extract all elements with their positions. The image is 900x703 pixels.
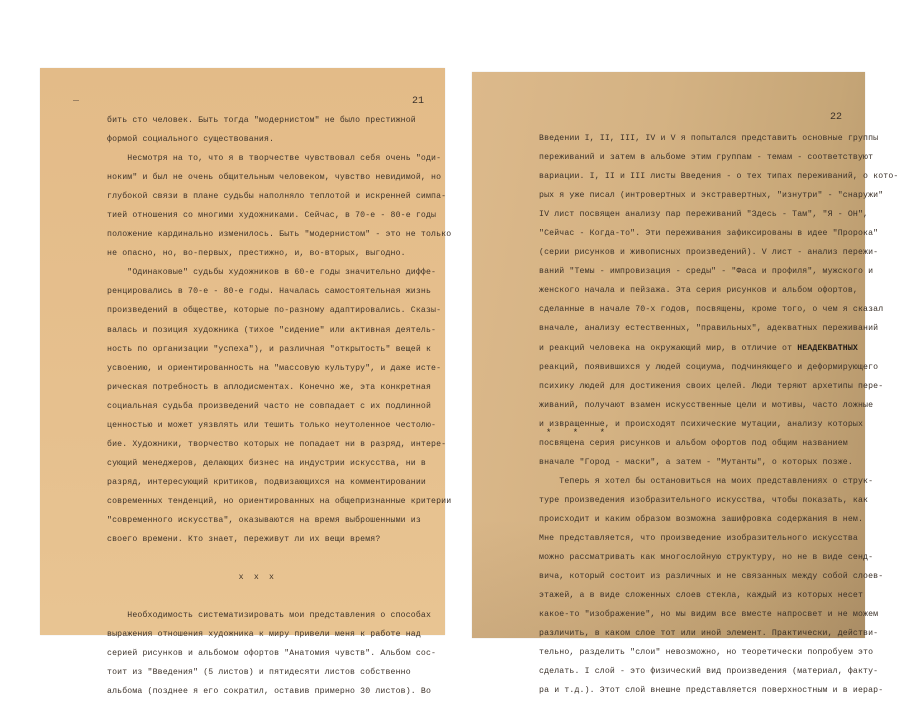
text-line: ноким" и был не очень общительным челове…	[107, 168, 451, 187]
text-line: вначале "Город - маски", а затем - "Мута…	[539, 453, 899, 472]
text-line: (серии рисунков и живописных произведени…	[539, 243, 899, 262]
text-line: ность по организации "успеха"), и различ…	[107, 340, 451, 359]
document-page-22: 22 * * * Введении I, II, III, IV и V я п…	[472, 72, 865, 638]
text-line: вначале, анализу естественных, "правильн…	[539, 319, 899, 338]
text-line: вича, который состоит из различных и не …	[539, 567, 899, 586]
text-line: разряд, интересующий критиков, подвизающ…	[107, 473, 451, 492]
text-line: сделанные в начале 70-х годов, посвящены…	[539, 300, 899, 319]
text-line: бить сто человек. Быть тогда "модернисто…	[107, 111, 451, 130]
text-line: сделать. I слой - это физический вид про…	[539, 662, 899, 681]
text-line: тией отношения со многими художниками. С…	[107, 206, 451, 225]
text-line: ра и т.д.). Этот слой внешне представляе…	[539, 681, 899, 700]
text-line: рическая потребность в аплодисментах. Ко…	[107, 378, 451, 397]
text-line: рых я уже писал (интровертных и экстраве…	[539, 186, 899, 205]
page-number: 21	[412, 96, 424, 107]
text-line: глубокой связи в плане судьбы наполняло …	[107, 187, 451, 206]
text-line: Введении I, II, III, IV и V я попытался …	[539, 129, 899, 148]
text-line: туре произведения изобразительного искус…	[539, 491, 899, 510]
text-line: женского начала и пейзажа. Эта серия рис…	[539, 281, 899, 300]
text-line: Необходимость систематизировать мои пред…	[107, 606, 451, 625]
text-line: тоит из "Введения" (5 листов) и пятидеся…	[107, 663, 451, 682]
text-line: реакций, появившихся у людей социума, по…	[539, 358, 899, 377]
text-line: IV лист посвящен анализу пар переживаний…	[539, 205, 899, 224]
text-line: посвящена серия рисунков и альбом офорто…	[539, 434, 899, 453]
text-line: своего времени. Кто знает, переживут ли …	[107, 530, 451, 549]
text-line: ваний "Темы - импровизация - среды" - "Ф…	[539, 262, 899, 281]
text-line: x x x	[107, 568, 451, 587]
text-line: вариации. I, II и III листы Введения - о…	[539, 167, 899, 186]
text-line: произведений в обществе, которые по-разн…	[107, 301, 451, 320]
text-line: тельно, разделить "слои" невозможно, но …	[539, 643, 899, 662]
text-line: "Одинаковые" судьбы художников в 60-е го…	[107, 263, 451, 282]
text-line: валась и позиция художника (тихое "сиден…	[107, 321, 451, 340]
document-page-21: 21 бить сто человек. Быть тогда "модерни…	[40, 68, 445, 635]
text-line: бие. Художники, творчество которых не по…	[107, 435, 451, 454]
text-line: происходит и каким образом возможна заши…	[539, 510, 899, 529]
text-line: ценностью и может уязвлять или тешить то…	[107, 416, 451, 435]
text-line	[107, 587, 451, 606]
text-line: выражения отношения художника к миру при…	[107, 625, 451, 644]
text-line: живаний, получают взамен искусственные ц…	[539, 396, 899, 415]
text-line: "современного искусства", оказываются на…	[107, 511, 451, 530]
text-line: какое-то "изображение", но мы видим все …	[539, 605, 899, 624]
text-line	[107, 549, 451, 568]
text-line: не опасно, но, во-первых, престижно, и, …	[107, 244, 451, 263]
page-text: бить сто человек. Быть тогда "модернисто…	[107, 111, 451, 701]
text-line: и извращенные, и происходят психические …	[539, 415, 899, 434]
text-line: различить, в каком слое тот или иной эле…	[539, 624, 899, 643]
text-line: "Сейчас - Когда-то". Эти переживания заф…	[539, 224, 899, 243]
text-line: формой социального существования.	[107, 130, 451, 149]
text-line: психику людей для достижения своих целей…	[539, 377, 899, 396]
text-line: переживаний и затем в альбоме этим групп…	[539, 148, 899, 167]
text-line: и реакций человека на окружающий мир, в …	[539, 339, 899, 358]
text-line: сующий менеджеров, делающих бизнес на ин…	[107, 454, 451, 473]
emphasized-word: НЕАДЕКВАТНЫХ	[797, 344, 858, 353]
text-line: ренцировались в 70-е - 80-е годы. Начала…	[107, 282, 451, 301]
text-line: серией рисунков и альбомом офортов "Анат…	[107, 644, 451, 663]
page-text: Введении I, II, III, IV и V я попытался …	[539, 129, 899, 700]
text-line: социальная судьба произведений часто не …	[107, 397, 451, 416]
text-line: Несмотря на то, что я в творчестве чувст…	[107, 149, 451, 168]
text-line: альбома (позднее я его сократил, оставив…	[107, 682, 451, 701]
text-line: Мне представляется, что произведение изо…	[539, 529, 899, 548]
text-line: положение кардинально изменилось. Быть "…	[107, 225, 451, 244]
text-line: Теперь я хотел бы остановиться на моих п…	[539, 472, 899, 491]
paper-speck	[73, 100, 79, 101]
text-line: современных тенденций, но ориентированны…	[107, 492, 451, 511]
page-number: 22	[830, 112, 842, 123]
text-line: усвоению, и ориентированность на "массов…	[107, 359, 451, 378]
text-line: этажей, а в виде сложенных слоев стекла,…	[539, 586, 899, 605]
text-line: можно рассматривать как многослойную стр…	[539, 548, 899, 567]
